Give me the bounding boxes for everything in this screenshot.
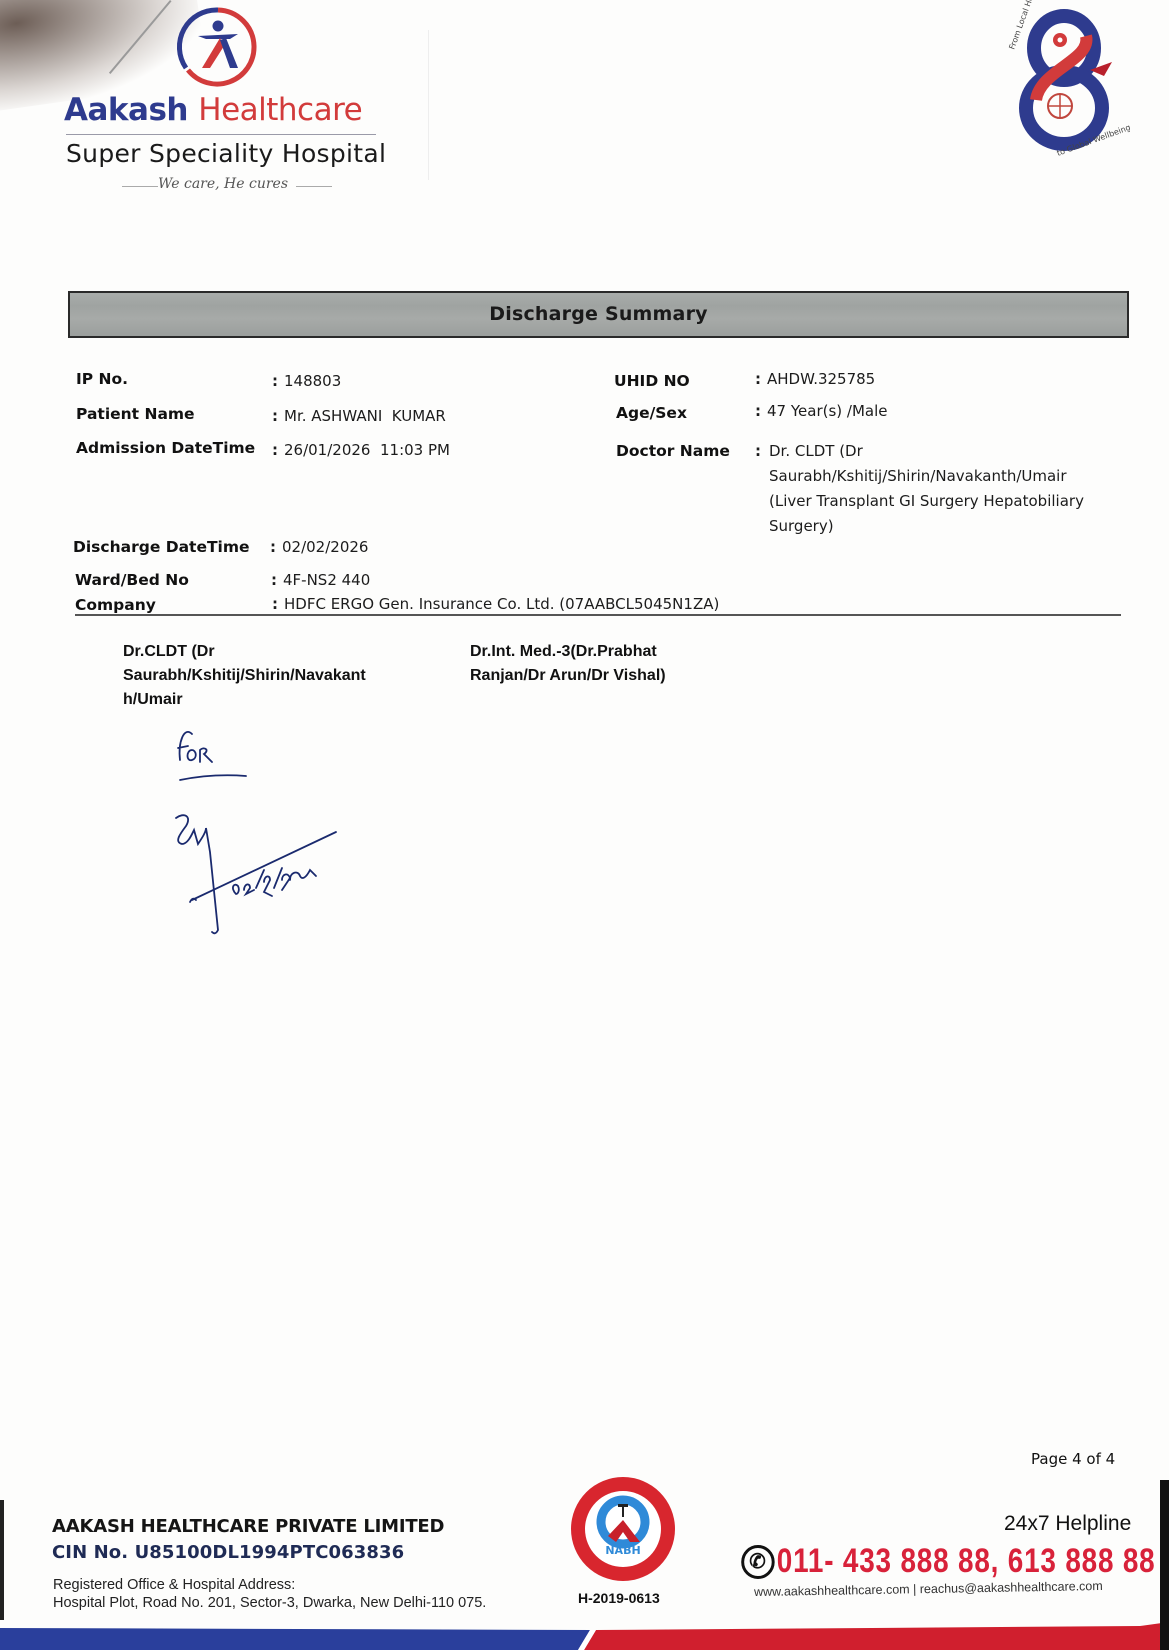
phone-icon: ✆ — [741, 1545, 774, 1579]
document-title: Discharge Summary — [70, 303, 1127, 325]
brand-name: Aakash Healthcare — [64, 92, 362, 128]
discharge-datetime-value: :02/02/2026 — [270, 538, 368, 556]
company-value: :HDFC ERGO Gen. Insurance Co. Ltd. (07AA… — [272, 595, 719, 613]
document-title-bar: Discharge Summary — [68, 291, 1129, 338]
ip-no-label: IP No. — [76, 370, 128, 388]
company-label: Company — [75, 596, 156, 614]
uhid-value: :AHDW.325785 — [755, 370, 875, 388]
handwritten-signature — [170, 720, 370, 950]
signatory-cldt: Dr.CLDT (Dr Saurabh/Kshitij/Shirin/Navak… — [123, 640, 366, 712]
tagline-rule-right — [296, 186, 332, 187]
patient-name-value: :Mr. ASHWANI KUMAR — [272, 407, 446, 425]
footer-company-name: AAKASH HEALTHCARE PRIVATE LIMITED — [52, 1516, 444, 1537]
tagline-rule-left — [122, 186, 158, 187]
photo-edge-shadow-right — [1160, 1480, 1169, 1650]
patient-name-label: Patient Name — [76, 405, 195, 423]
admission-datetime-label: Admission DateTime — [76, 439, 255, 457]
footer-address: Registered Office & Hospital Address: Ho… — [53, 1576, 486, 1612]
footer-cin: CIN No. U85100DL1994PTC063836 — [52, 1542, 404, 1563]
nabh-code: H-2019-0613 — [578, 1590, 660, 1606]
doctor-name-label: Doctor Name — [616, 442, 730, 460]
nabh-accreditation-logo-icon: NABH — [568, 1474, 678, 1584]
helpline-label: 24x7 Helpline — [1004, 1512, 1131, 1536]
section-divider — [75, 614, 1121, 616]
doctor-name-value: : Dr. CLDT (Dr Saurabh/Kshitij/Shirin/Na… — [755, 439, 1095, 539]
header-divider — [428, 30, 429, 180]
eight-years-badge-icon: From Local Healing to Global Wellbeing — [1000, 0, 1130, 160]
age-sex-label: Age/Sex — [616, 404, 687, 422]
brand-divider — [66, 134, 376, 135]
helpline-phone: ✆ 011- 433 888 88, 613 888 88 — [744, 1542, 1156, 1581]
ward-bed-label: Ward/Bed No — [75, 571, 189, 589]
ward-bed-value: :4F-NS2 440 — [271, 571, 370, 589]
uhid-label: UHID NO — [614, 372, 690, 390]
svg-text:NABH: NABH — [605, 1544, 640, 1557]
signatory-int-med: Dr.Int. Med.-3(Dr.Prabhat Ranjan/Dr Arun… — [470, 640, 666, 688]
tagline: We care, He cures — [158, 176, 288, 192]
photo-edge-shadow-left — [0, 1500, 4, 1620]
footer-color-band — [0, 1622, 1169, 1650]
brand-name-part1: Aakash — [64, 92, 188, 128]
brand-subtitle: Super Speciality Hospital — [66, 139, 386, 168]
admission-datetime-value: :26/01/2026 11:03 PM — [272, 441, 450, 459]
footer-web-email: www.aakashhealthcare.com | reachus@aakas… — [754, 1579, 1103, 1599]
hospital-logo-icon — [172, 6, 264, 88]
brand-name-part2: Healthcare — [198, 92, 362, 128]
discharge-datetime-label: Discharge DateTime — [73, 538, 250, 556]
age-sex-value: :47 Year(s) /Male — [755, 402, 887, 420]
page-indicator: Page 4 of 4 — [1031, 1450, 1115, 1468]
ip-no-value: :148803 — [272, 372, 341, 390]
